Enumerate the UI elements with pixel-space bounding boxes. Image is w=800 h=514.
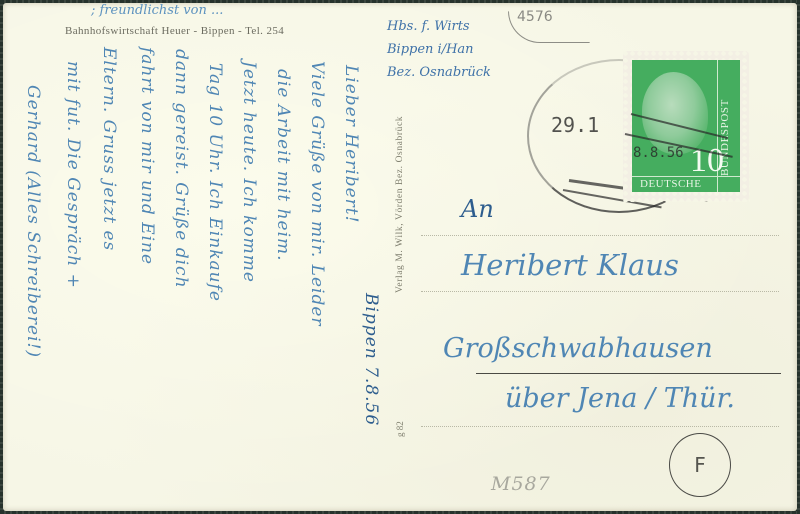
stamp-country-bottom: DEUTSCHE: [640, 178, 701, 190]
postage-stamp: BUNDESPOST 10 DEUTSCHE 8.8.56: [625, 53, 747, 199]
archive-note-line: Bez. Osnabrück: [387, 61, 491, 84]
pencil-number: M587: [491, 473, 551, 495]
message-line: Jetzt heute. Ich komme: [239, 61, 259, 283]
forwarding-mark-letter: F: [694, 453, 706, 477]
address-line: [421, 426, 779, 427]
address-region: über Jena / Thür.: [505, 383, 735, 414]
address-place: Großschwabhausen: [443, 333, 713, 364]
message-place-date: Bippen 7.8.56: [361, 293, 381, 426]
printed-header: Bahnhofswirtschaft Heuer - Bippen - Tel.…: [65, 25, 284, 37]
message-line: Viele Grüße von mir. Leider: [307, 61, 327, 327]
archive-note: Hbs. f. Wirts Bippen i/Han Bez. Osnabrüc…: [387, 15, 491, 84]
address-line: [421, 235, 779, 236]
address-underline: [476, 373, 781, 374]
message-top-line: ; freundlichst von ...: [91, 3, 223, 18]
address-recipient: Heribert Klaus: [461, 248, 679, 282]
message-line: Eltern. Gruss jetzt es: [99, 47, 119, 251]
message-line: fahrt von mir und Eine: [137, 47, 157, 265]
postmark-date: 8.8.56: [633, 145, 684, 161]
message-line: mit fut. Die Gespräch +: [63, 61, 83, 289]
series-code: g 82: [395, 421, 405, 437]
postmark-partial-text: 29.1: [551, 113, 599, 137]
message-line: die Arbeit mit heim.: [273, 69, 293, 262]
catalog-number: 4576: [517, 9, 553, 25]
forwarding-mark: F: [669, 433, 731, 497]
message-line: Tag 10 Uhr. Ich Einkaufe: [205, 63, 225, 302]
address-salutation: An: [461, 195, 494, 223]
postcard: Bahnhofswirtschaft Heuer - Bippen - Tel.…: [3, 3, 797, 511]
publisher-imprint: Verlag M. Wilk, Vörden Bez. Osnabrück: [395, 116, 405, 293]
message-line: dann gereist. Grüße dich: [171, 49, 191, 289]
archive-note-line: Hbs. f. Wirts: [387, 15, 491, 38]
message-line: Gerhard (Alles Schreiberei!): [23, 85, 43, 358]
address-line: [421, 291, 779, 292]
archive-note-line: Bippen i/Han: [387, 38, 491, 61]
message-greeting: Lieber Heribert!: [341, 65, 361, 223]
